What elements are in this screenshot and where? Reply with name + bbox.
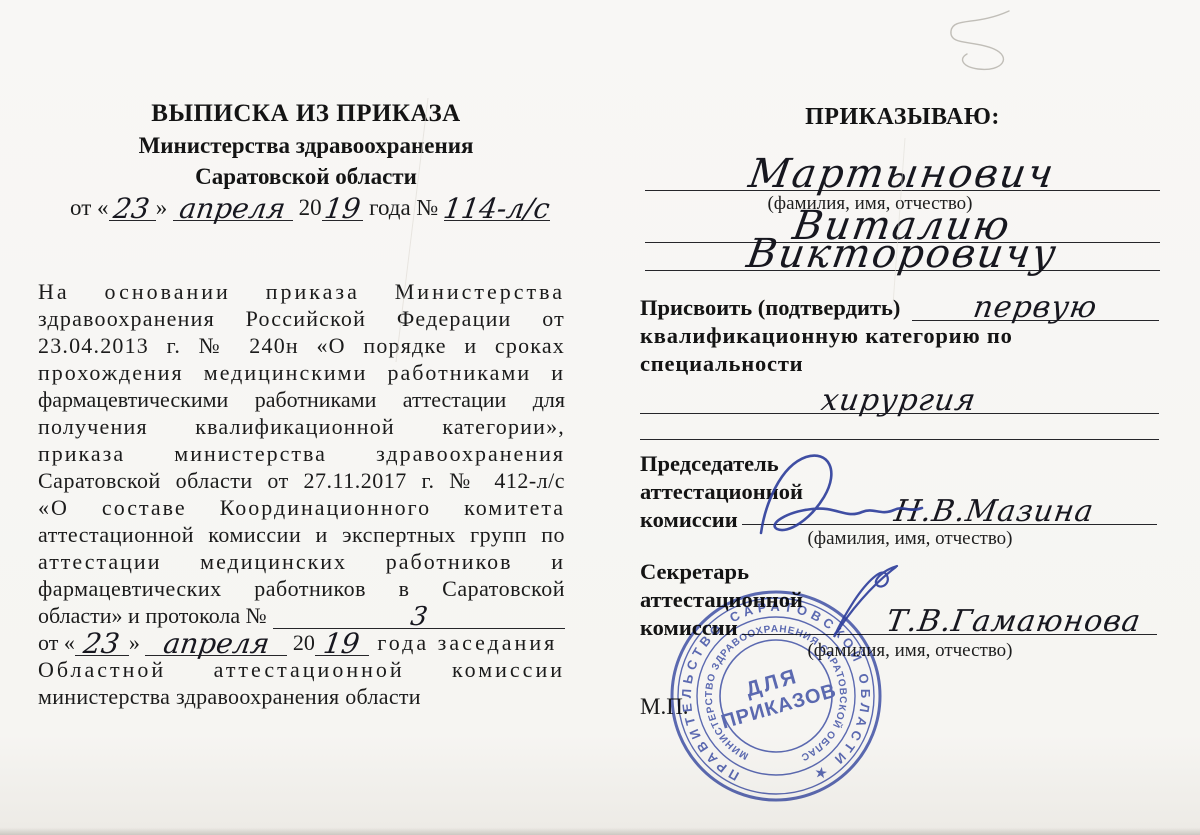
session-day-slot: 23 [75,627,129,656]
body-line: аттестации медицинских работников и [38,548,565,575]
body-line: Саратовской области от 27.11.2017 г. № 4… [38,467,565,494]
handwritten-surname: Мартынович [746,154,1058,194]
protocol-number-slot: 3 [273,602,565,629]
scan-edge-shadow [0,828,1200,835]
handwritten-session-month: апреля [161,630,271,658]
number-slot: 114-л/с [444,192,550,221]
patronymic-line: Викторовичу [645,232,1160,271]
scanned-order-extract: ВЫПИСКА ИЗ ПРИКАЗА Министерства здравоох… [0,0,1200,835]
chairman-signature-line: Н.В.Мазина [742,482,1157,525]
year-slot: 19 [322,192,364,221]
issuer-line-1: Министерства здравоохранения [68,133,544,159]
session-close-quote: » [129,629,146,656]
body-line: здравоохранения Российской Федерации от [38,305,565,332]
handwritten-day: 23 [112,195,152,223]
surname-line: Мартынович [645,146,1160,191]
handwritten-chairman-name: Н.В.Мазина [892,497,1096,527]
handwritten-protocol-number: 3 [408,604,428,630]
body-paragraph: На основании приказа Министерства здраво… [38,278,565,710]
handwritten-patronymic: Викторовичу [744,234,1060,274]
handwritten-session-day: 23 [82,630,122,658]
handwritten-category: первую [971,293,1099,323]
document-title: ВЫПИСКА ИЗ ПРИКАЗА [68,100,544,128]
body-line: фармацевтических работников в Саратовско… [38,575,565,602]
handwritten-specialty: хирургия [819,386,978,416]
body-line: «О составе Координационного комитета [38,494,565,521]
body-line: получения квалификационной категории», [38,413,565,440]
body-line: 23.04.2013 г. № 240н «О порядке и сроках [38,332,565,359]
day-slot: 23 [109,192,156,221]
order-heading: ПРИКАЗЫВАЮ: [640,104,1165,131]
body-line: аттестационной комиссии и экспертных гру… [38,521,565,548]
body-line: фармацевтическими работниками аттестации… [38,386,565,413]
handwritten-year: 19 [322,195,362,223]
blank-rule-line [640,439,1159,440]
session-century: 20 [287,629,315,656]
date-prefix: от « [70,195,109,221]
assign-line-2: квалификационную категорию по [640,323,1013,349]
handwritten-order-number: 114-л/с [442,195,552,223]
date-mid: года № [363,195,444,221]
month-slot: апреля [173,192,293,221]
body-line: приказа министерства здравоохранения [38,440,565,467]
body-line: Областной аттестационной комиссии [38,656,565,683]
body-line: На основании приказа Министерства [38,278,565,305]
session-date-prefix: от « [38,629,75,656]
session-suffix: года заседания [369,629,557,656]
order-date-line: от «23» апреля 2019 года № 114-л/с [70,192,550,221]
handwritten-secretary-name: Т.В.Гамаюнова [885,607,1144,637]
assign-label: Присвоить (подтвердить) [640,295,906,321]
date-century: 20 [293,195,322,221]
official-stamp-seal-icon: ПРАВИТЕЛЬСТВО САРАТОВСКОЙ ОБЛАСТИ ★ МИНИ… [656,576,896,816]
issuer-line-2: Саратовской области [68,164,544,190]
fio-caption: (фамилия, имя, отчество) [735,528,1085,550]
handwritten-month: апреля [178,195,288,223]
protocol-line: области» и протокола № 3 [38,602,565,629]
body-line: министерства здравоохранения области [38,683,565,710]
category-slot: первую [912,290,1159,321]
chairman-role-l1: Председатель [640,450,803,478]
protocol-prefix: области» и протокола № [38,602,267,629]
body-line: прохождения медицинскими работниками и [38,359,565,386]
assign-row: Присвоить (подтвердить) первую [640,286,1159,321]
title-block: ВЫПИСКА ИЗ ПРИКАЗА Министерства здравоох… [68,100,544,190]
specialty-line: хирургия [640,374,1159,414]
date-close-quote: » [156,195,173,221]
session-date-line: от «23» апреля 2019 года заседания [38,629,565,656]
session-month-slot: апреля [145,627,287,656]
handwritten-session-year: 19 [322,630,362,658]
session-year-slot: 19 [315,627,369,656]
